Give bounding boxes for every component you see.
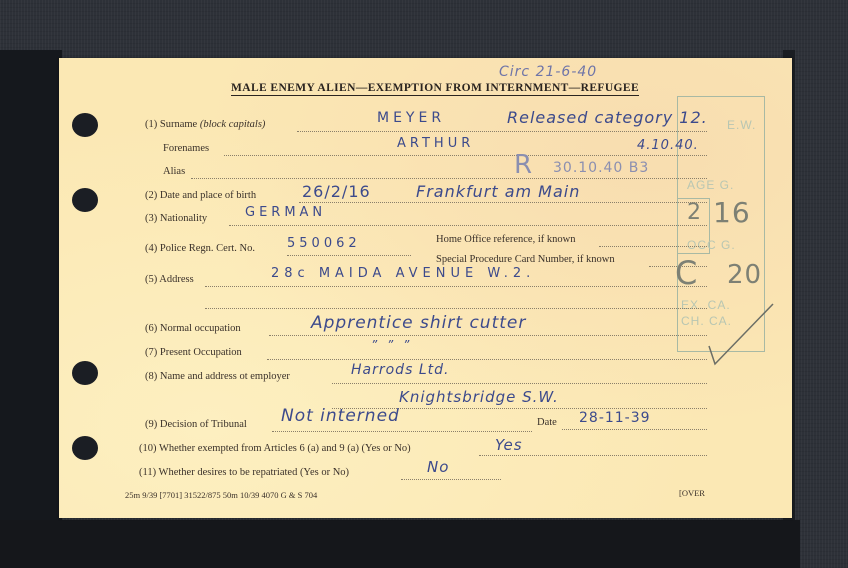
- repatriated-line: [401, 479, 501, 480]
- stamp-age-label: AGE G.: [687, 178, 734, 192]
- surname-label: (1) Surname (block capitals): [145, 119, 265, 130]
- employer-line-1: [332, 383, 707, 384]
- alias-label: Alias: [163, 166, 185, 177]
- present-occupation-line: [267, 359, 707, 360]
- birth-place-value: Frankfurt am Main: [416, 182, 580, 201]
- alias-r-mark: R: [514, 150, 533, 180]
- repatriated-value: No: [427, 458, 449, 476]
- release-note: Released category 12.: [507, 108, 708, 127]
- nationality-line: [229, 225, 707, 226]
- surname-line: [297, 131, 707, 132]
- index-card: Circ 21-6-40 MALE ENEMY ALIEN—EXEMPTION …: [59, 58, 792, 518]
- forenames-value: ARTHUR: [397, 136, 474, 151]
- print-code: 25m 9/39 [7701] 31522/875 50m 10/39 4070…: [125, 490, 317, 500]
- stamp-age-value-1: 2: [687, 200, 702, 225]
- police-cert-label: (4) Police Regn. Cert. No.: [145, 243, 255, 254]
- over-marker: [OVER: [679, 488, 705, 498]
- forenames-line: [224, 155, 707, 156]
- tribunal-line: [272, 431, 532, 432]
- stamp-class-number: 20: [727, 260, 762, 290]
- normal-occupation-value: Apprentice shirt cutter: [311, 313, 526, 333]
- employer-label: (8) Name and address ot employer: [145, 371, 290, 382]
- present-occupation-value: ” ” ”: [371, 338, 412, 352]
- stamp-ew: E.W.: [727, 118, 756, 132]
- nationality-label: (3) Nationality: [145, 213, 207, 224]
- normal-occupation-label: (6) Normal occupation: [145, 323, 241, 334]
- tribunal-label: (9) Decision of Tribunal: [145, 419, 247, 430]
- address-value: 28c MAIDA AVENUE W.2.: [271, 266, 535, 281]
- card-title: MALE ENEMY ALIEN—EXEMPTION FROM INTERNME…: [231, 82, 639, 96]
- background-left-edge: [0, 50, 62, 568]
- stamp-age-value-2: 16: [713, 196, 751, 229]
- birth-line: [299, 202, 707, 203]
- tribunal-date-value: 28-11-39: [579, 410, 651, 426]
- tribunal-date-label: Date: [537, 417, 557, 428]
- birth-label: (2) Date and place of birth: [145, 190, 256, 201]
- birth-date-value: 26/2/16: [302, 182, 371, 201]
- address-label: (5) Address: [145, 274, 194, 285]
- forenames-label: Forenames: [163, 143, 209, 154]
- punch-hole: [72, 113, 98, 137]
- punch-hole: [72, 188, 98, 212]
- home-office-ref-line: [599, 246, 707, 247]
- special-procedure-label: Special Procedure Card Number, if known: [436, 254, 615, 265]
- punch-hole: [72, 436, 98, 460]
- tribunal-date-line: [562, 429, 707, 430]
- exempted-value: Yes: [495, 436, 523, 454]
- nationality-value: GERMAN: [245, 205, 326, 220]
- exempted-label: (10) Whether exempted from Articles 6 (a…: [139, 443, 411, 454]
- employer-name-value: Harrods Ltd.: [351, 362, 449, 378]
- circular-annotation: Circ 21-6-40: [499, 64, 597, 80]
- background-bottom-edge: [0, 520, 800, 568]
- employer-address-value: Knightsbridge S.W.: [399, 388, 559, 406]
- punch-hole: [72, 361, 98, 385]
- release-date: 4.10.40.: [637, 138, 699, 153]
- present-occupation-label: (7) Present Occupation: [145, 347, 242, 358]
- address-line-2: [205, 308, 707, 309]
- stamp-occ-label: OCC G.: [687, 238, 736, 252]
- alias-line: [191, 178, 707, 179]
- special-procedure-line: [649, 266, 707, 267]
- exempted-line: [479, 455, 707, 456]
- surname-value: MEYER: [377, 110, 445, 126]
- tribunal-value: Not interned: [281, 406, 400, 426]
- normal-occupation-line: [269, 335, 707, 336]
- police-cert-line: [287, 255, 411, 256]
- alias-note: 30.10.40 B3: [553, 160, 649, 176]
- checkmark-icon: [707, 298, 777, 368]
- address-line-1: [205, 286, 707, 287]
- repatriated-label: (11) Whether desires to be repatriated (…: [139, 467, 349, 478]
- home-office-ref-label: Home Office reference, if known: [436, 234, 575, 245]
- police-cert-value: 550062: [287, 236, 361, 251]
